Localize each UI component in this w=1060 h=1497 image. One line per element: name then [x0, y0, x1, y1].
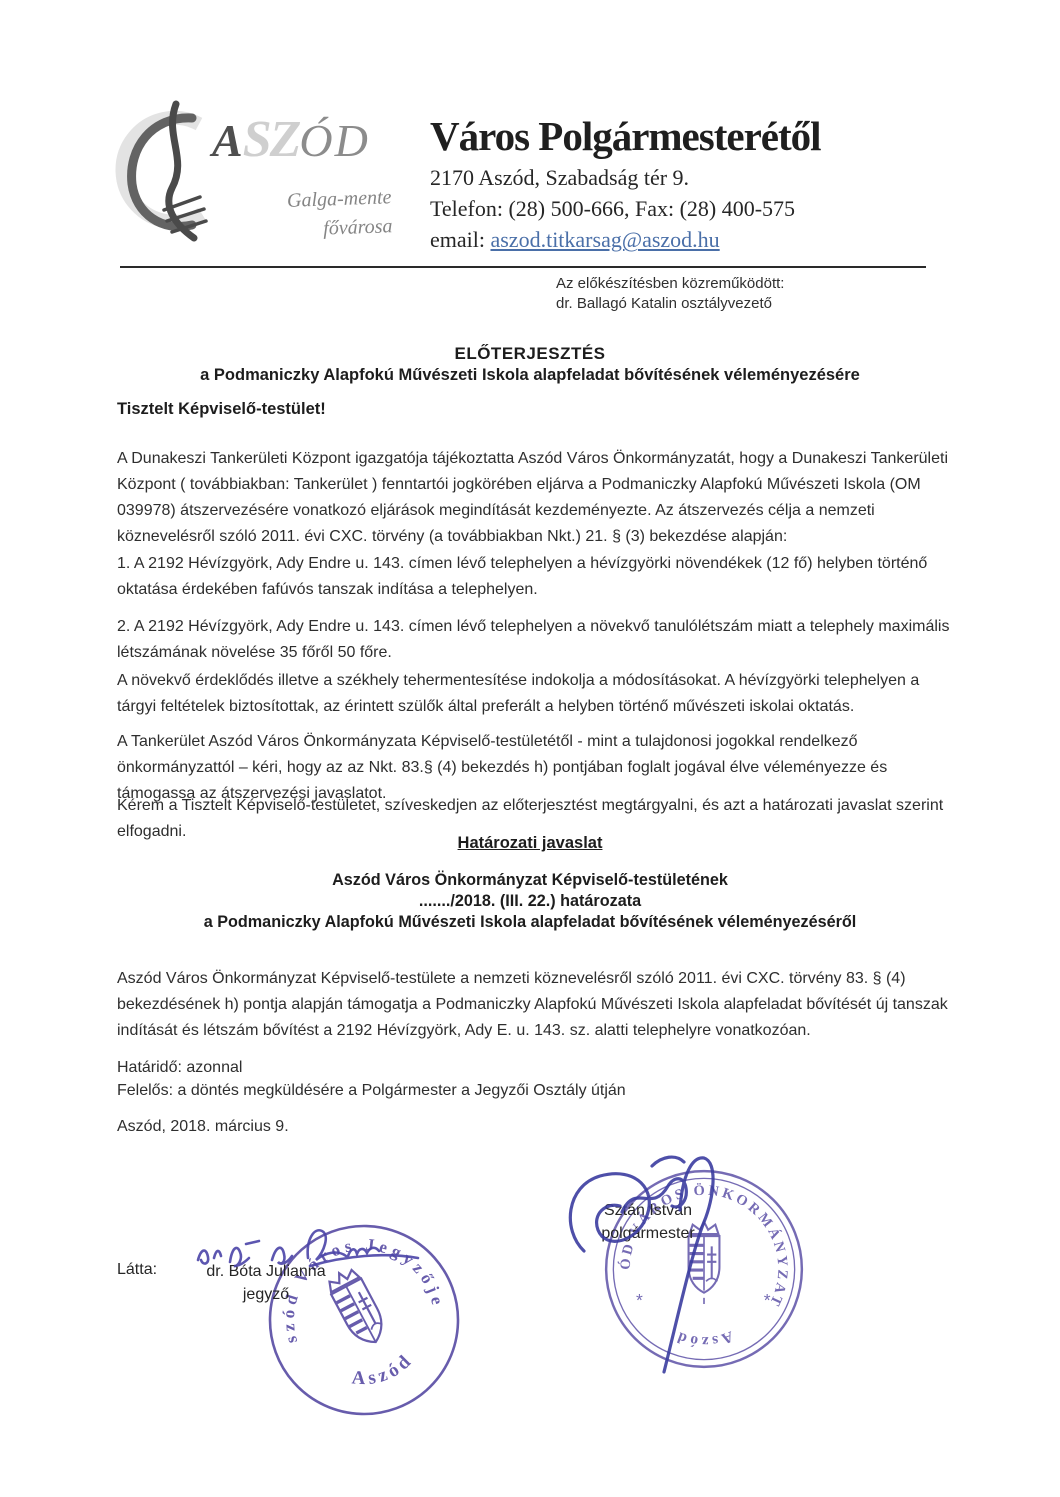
resolution-body: Aszód Város Önkormányzat Képviselő-testü… [117, 966, 962, 1044]
clerk-title: jegyző [190, 1283, 342, 1306]
deadline-block: Határidő: azonnal Felelős: a döntés megk… [117, 1056, 626, 1102]
logo-letter-a: A [212, 115, 243, 166]
letterhead-title: Város Polgármesterétől [430, 114, 821, 159]
resolution-heading: Határozati javaslat [458, 834, 603, 852]
clerk-stamp-bottom-text: Aszód [345, 1346, 421, 1397]
letterhead-address: 2170 Aszód, Szabadság tér 9. [430, 166, 821, 190]
header-divider [120, 266, 926, 268]
letterhead-phone-fax: Telefon: (28) 500-666, Fax: (28) 400-575 [430, 197, 821, 221]
document-title: ELŐTERJESZTÉS [0, 344, 1060, 364]
letterhead: Város Polgármesterétől 2170 Aszód, Szaba… [430, 114, 821, 253]
prepared-by-person: dr. Ballagó Katalin osztályvezető [556, 294, 784, 314]
paragraph-item-2: 2. A 2192 Hévízgyörk, Ady Endre u. 143. … [117, 614, 962, 666]
letterhead-email-row: email: aszod.titkarsag@aszod.hu [430, 228, 821, 252]
document-subtitle: a Podmaniczky Alapfokú Művészeti Iskola … [0, 366, 1060, 385]
paragraph-justification: A növekvő érdeklődés illetve a székhely … [117, 668, 962, 720]
document-title-block: ELŐTERJESZTÉS a Podmaniczky Alapfokú Műv… [0, 344, 1060, 385]
paragraph-intro: A Dunakeszi Tankerületi Központ igazgató… [117, 446, 962, 550]
resolution-line3: a Podmaniczky Alapfokú Művészeti Iskola … [0, 912, 1060, 933]
deadline-line: Határidő: azonnal [117, 1056, 626, 1079]
prepared-by-label: Az előkészítésben közreműködött: [556, 274, 784, 294]
logo-tagline-line2: fővárosa [232, 212, 393, 247]
prepared-by-block: Az előkészítésben közreműködött: dr. Bal… [556, 274, 784, 315]
logo-tagline: Galga-mente fővárosa [231, 183, 393, 247]
salutation: Tisztelt Képviselő-testület! [117, 400, 326, 419]
responsible-line: Felelős: a döntés megküldésére a Polgárm… [117, 1079, 626, 1102]
resolution-title-block: Aszód Város Önkormányzat Képviselő-testü… [0, 870, 1060, 933]
logo-letters-od: ÓD [299, 115, 369, 166]
seen-label: Látta: [117, 1261, 157, 1279]
mayor-signature [556, 1146, 746, 1376]
svg-text:Aszód: Aszód [345, 1346, 421, 1397]
email-link[interactable]: aszod.titkarsag@aszod.hu [490, 227, 719, 252]
mayor-stamp-star-right: * [764, 1290, 771, 1310]
logo-wordmark: ASZÓD [212, 110, 370, 169]
resolution-heading-block: Határozati javaslat [0, 834, 1060, 853]
date-line: Aszód, 2018. március 9. [117, 1118, 289, 1136]
email-label: email: [430, 227, 485, 252]
logo-letters-sz: SZ [243, 111, 300, 168]
resolution-line2: ......./2018. (III. 22.) határozata [0, 891, 1060, 912]
scanned-letter-page: ASZÓD Galga-mente fővárosa Város Polgárm… [0, 0, 1060, 1497]
aszod-city-logo: ASZÓD Galga-mente fővárosa [114, 96, 404, 256]
resolution-line1: Aszód Város Önkormányzat Képviselő-testü… [0, 870, 1060, 891]
paragraph-item-1: 1. A 2192 Hévízgyörk, Ady Endre u. 143. … [117, 551, 962, 603]
clerk-signature [190, 1222, 425, 1274]
